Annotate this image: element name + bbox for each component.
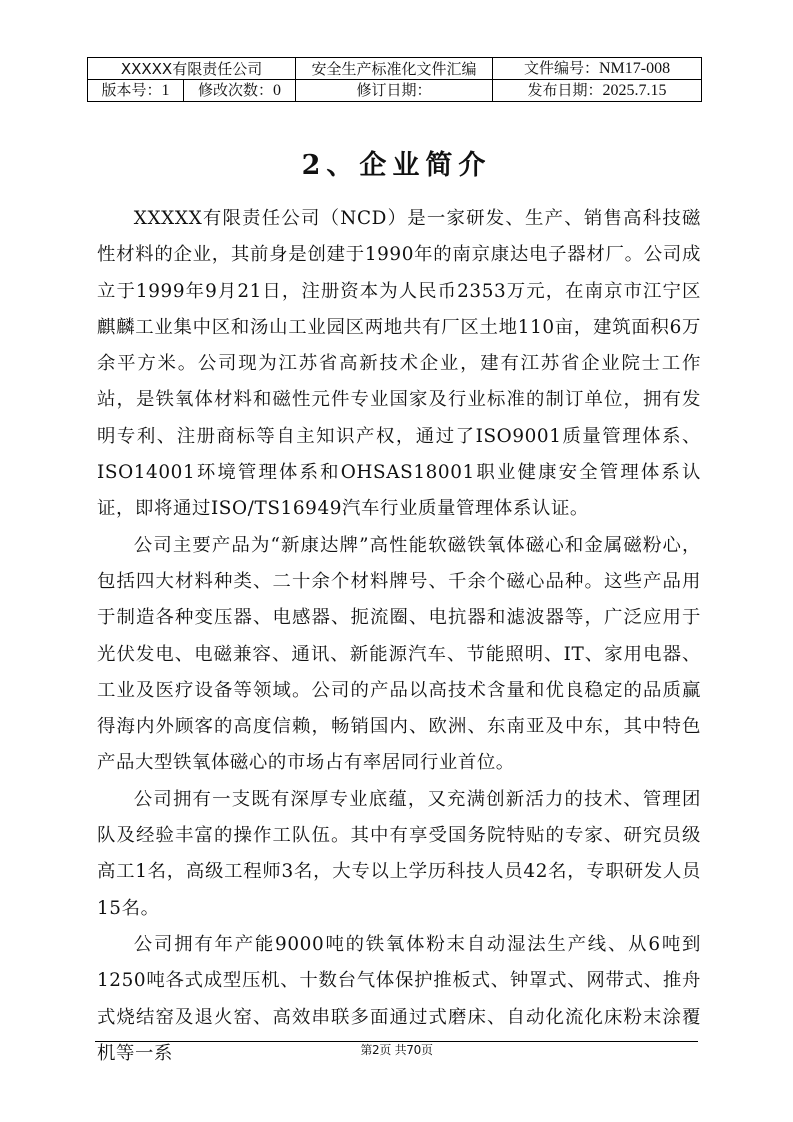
header-row-1: XXXXX有限责任公司 安全生产标准化文件汇编 文件编号：NM17-008 xyxy=(88,58,702,80)
doc-number-label: 文件编号： xyxy=(524,59,599,77)
doc-collection-title: 安全生产标准化文件汇编 xyxy=(312,60,477,78)
paragraph-company-overview: XXXXX有限责任公司（NCD）是一家研发、生产、销售高科技磁性材料的企业，其前… xyxy=(97,201,701,528)
version-cell: 版本号：1 xyxy=(88,80,184,102)
revision-date-label: 修订日期： xyxy=(357,81,432,99)
doc-collection-cell: 安全生产标准化文件汇编 xyxy=(296,58,493,80)
publish-date-value: 2025.7.15 xyxy=(603,82,667,99)
revision-date-cell: 修订日期： xyxy=(296,80,493,102)
paragraph-team: 公司拥有一支既有深厚专业底蕴，又充满创新活力的技术、管理团队及经验丰富的操作工队… xyxy=(97,782,701,927)
page-number: 第2页 共70页 xyxy=(0,1042,793,1058)
revision-count-label: 修改次数： xyxy=(198,81,273,99)
revision-count-cell: 修改次数：0 xyxy=(184,80,296,102)
company-name-cell: XXXXX有限责任公司 xyxy=(88,58,296,80)
revision-count-value: 0 xyxy=(273,82,281,99)
version-value: 1 xyxy=(162,82,170,99)
publish-date-label: 发布日期： xyxy=(528,81,603,99)
body-text: XXXXX有限责任公司（NCD）是一家研发、生产、销售高科技磁性材料的企业，其前… xyxy=(97,201,701,1072)
paragraph-products: 公司主要产品为“新康达牌”高性能软磁铁氧体磁心和金属磁粉心，包括四大材料种类、二… xyxy=(97,528,701,782)
header-row-2: 版本号：1 修改次数：0 修订日期： 发布日期：2025.7.15 xyxy=(88,80,702,102)
version-label: 版本号： xyxy=(101,81,161,99)
doc-number-cell: 文件编号：NM17-008 xyxy=(493,58,702,80)
company-name: XXXXX有限责任公司 xyxy=(121,60,262,78)
document-header-table: XXXXX有限责任公司 安全生产标准化文件汇编 文件编号：NM17-008 版本… xyxy=(87,57,702,102)
section-title: 2、企业简介 xyxy=(0,146,793,186)
publish-date-cell: 发布日期：2025.7.15 xyxy=(493,80,702,102)
doc-number-value: NM17-008 xyxy=(599,60,670,77)
